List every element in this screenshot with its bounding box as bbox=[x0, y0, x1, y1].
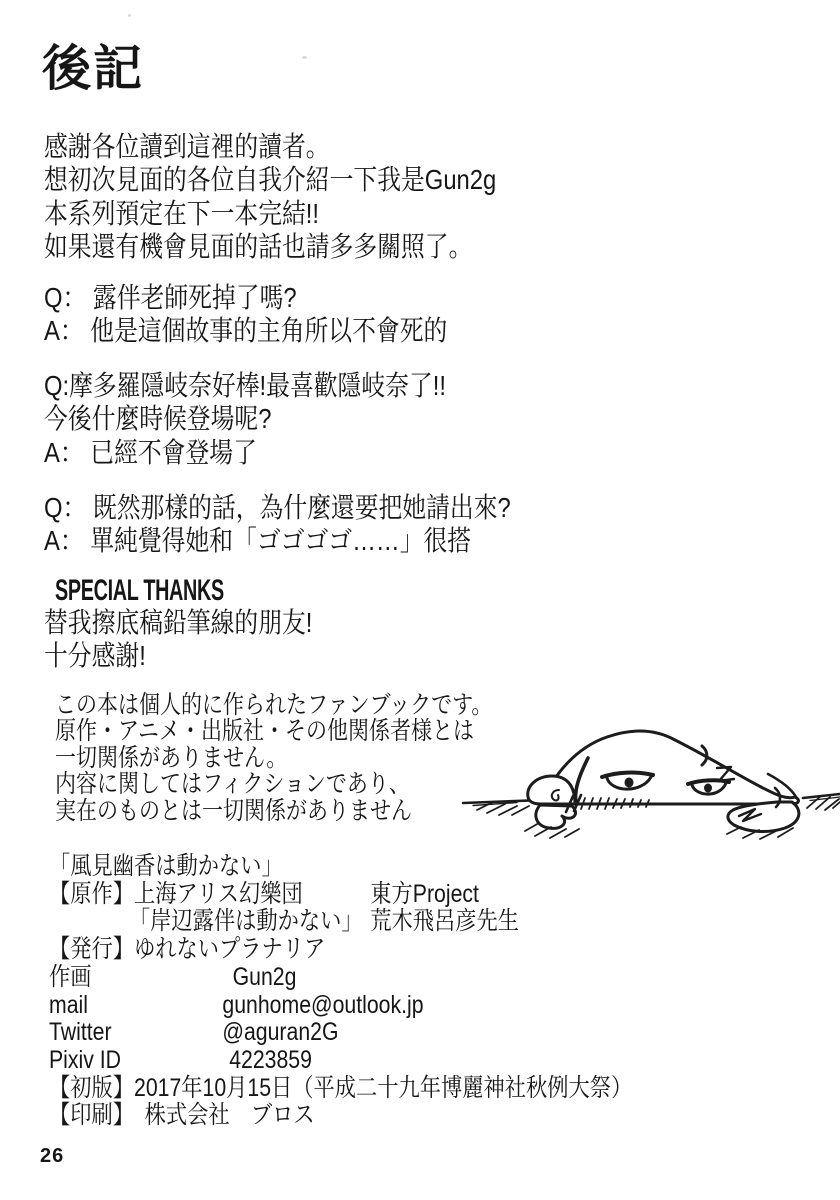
disclaimer-line: 内容に関してはフィクションであり、 bbox=[55, 772, 492, 798]
credit-printing: 【印刷】 株式会社 ブロス bbox=[49, 1102, 632, 1130]
credit-publisher: 【発行】ゆれないプラナリア bbox=[49, 936, 632, 964]
disclaimer-line: 実在のものとは一切関係がありません bbox=[55, 799, 492, 825]
credit-value: @aguran2G bbox=[222, 1019, 338, 1047]
blob-body bbox=[542, 731, 798, 804]
afterword-page: 後記 感謝各位讀到這裡的讀者。 想初次見面的各位自我介紹一下我是Gun2g 本系… bbox=[0, 0, 840, 1200]
credit-value: 4223859 bbox=[222, 1047, 312, 1075]
special-thanks-text: 替我擦底稿鉛筆線的朋友! 十分感謝! bbox=[44, 606, 312, 673]
question-line: Q： 既然那樣的話，為什麼還要把她請出來? bbox=[44, 491, 511, 524]
qa-block-2: Q:摩多羅隱岐奈好棒!最喜歡隱岐奈了!! 今後什麼時候登場呢? A： 已經不會登… bbox=[44, 369, 446, 469]
scan-speck bbox=[128, 14, 131, 17]
special-thanks-heading: SPECIAL THANKS bbox=[55, 576, 256, 606]
page-title: 後記 bbox=[42, 40, 144, 98]
qa-block-1: Q： 露伴老師死掉了嗎? A： 他是這個故事的主角所以不會死的 bbox=[44, 281, 447, 348]
credits-block: 「風見幽香は動かない」 【原作】上海アリス幻樂団 東方Project 「岸辺露伴… bbox=[49, 853, 632, 1130]
page-number: 26 bbox=[40, 1145, 64, 1168]
credit-row-mail: mail gunhome@outlook.jp bbox=[49, 992, 632, 1020]
disclaimer-block: この本は個人的に作られたファンブックです。 原作・アニメ・出版社・その他関係者様… bbox=[55, 693, 492, 825]
intro-line: 感謝各位讀到這裡的讀者。 bbox=[44, 130, 496, 163]
credit-original-source: 【原作】上海アリス幻樂団 bbox=[49, 881, 370, 909]
credit-value: gunhome@outlook.jp bbox=[222, 992, 423, 1020]
credit-first-edition: 【初版】2017年10月15日（平成二十九年博麗神社秋例大祭） bbox=[49, 1075, 632, 1103]
left-hand bbox=[528, 776, 575, 804]
credit-label: mail bbox=[49, 992, 222, 1020]
credit-work-title: 「風見幽香は動かない」 bbox=[49, 853, 632, 881]
answer-line: A： 已經不會登場了 bbox=[44, 436, 446, 469]
credit-original: 【原作】上海アリス幻樂団 東方Project bbox=[49, 881, 632, 909]
thanks-line: 十分感謝! bbox=[44, 639, 312, 672]
intro-line: 想初次見面的各位自我介紹一下我是Gun2g bbox=[44, 163, 496, 196]
credit-label: Pixiv ID bbox=[49, 1047, 222, 1075]
credit-label: 作画 bbox=[49, 964, 222, 992]
credit-label: Twitter bbox=[49, 1019, 222, 1047]
question-line: Q:摩多羅隱岐奈好棒!最喜歡隱岐奈了!! bbox=[44, 369, 446, 402]
special-thanks-block: SPECIAL THANKS 替我擦底稿鉛筆線的朋友! 十分感謝! bbox=[44, 576, 360, 673]
credit-original2-by: 荒木飛呂彦先生 bbox=[370, 908, 519, 936]
intro-paragraph: 感謝各位讀到這裡的讀者。 想初次見面的各位自我介紹一下我是Gun2g 本系列預定… bbox=[44, 130, 496, 263]
credit-row-art: 作画 Gun2g bbox=[49, 964, 632, 992]
disclaimer-line: 一切関係がありません。 bbox=[55, 746, 492, 772]
thanks-line: 替我擦底稿鉛筆線的朋友! bbox=[44, 606, 312, 639]
intro-line: 本系列預定在下一本完結!! bbox=[44, 197, 496, 230]
credit-original-by: 東方Project bbox=[370, 881, 479, 909]
disclaimer-line: 原作・アニメ・出版社・その他関係者様とは bbox=[55, 719, 492, 745]
intro-line: 如果還有機會見面的話也請多多關照了。 bbox=[44, 230, 496, 263]
mascot-sketch bbox=[455, 688, 840, 858]
credit-original-2: 「岸辺露伴は動かない」 荒木飛呂彦先生 bbox=[49, 908, 632, 936]
disclaimer-line: この本は個人的に作られたファンブックです。 bbox=[55, 693, 492, 719]
left-pupil bbox=[625, 778, 634, 788]
left-hand-fold bbox=[536, 805, 576, 828]
credit-value: Gun2g bbox=[222, 964, 296, 992]
scan-speck bbox=[302, 56, 307, 59]
answer-line: A： 單純覺得她和「ゴゴゴゴ……」很搭 bbox=[44, 524, 511, 557]
right-pupil bbox=[704, 784, 712, 793]
answer-line: A： 他是這個故事的主角所以不會死的 bbox=[44, 314, 447, 347]
question-line: Q： 露伴老師死掉了嗎? bbox=[44, 281, 447, 314]
question-line: 今後什麼時候登場呢? bbox=[44, 402, 446, 435]
credit-row-pixiv: Pixiv ID 4223859 bbox=[49, 1047, 632, 1075]
credit-row-twitter: Twitter @aguran2G bbox=[49, 1019, 632, 1047]
qa-block-3: Q： 既然那樣的話，為什麼還要把她請出來? A： 單純覺得她和「ゴゴゴゴ……」很… bbox=[44, 491, 511, 558]
credit-original2-source: 「岸辺露伴は動かない」 bbox=[49, 908, 370, 936]
